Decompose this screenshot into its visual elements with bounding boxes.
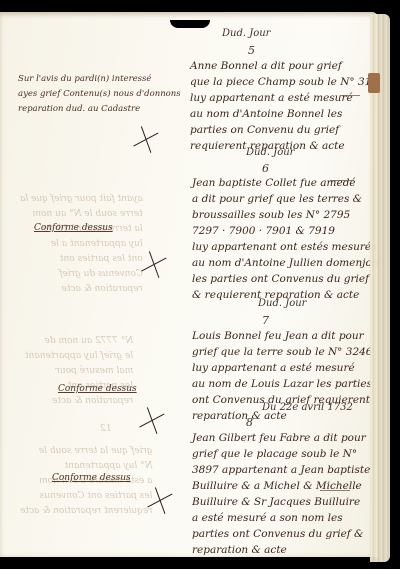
line-filler [330, 180, 354, 181]
margin-note-conforme: Conforme dessus [58, 384, 137, 394]
line-filler [340, 95, 360, 96]
line-filler [320, 490, 350, 491]
x-mark-icon [146, 488, 172, 514]
entry-heading: Dud. Jour [246, 147, 294, 158]
margin-note-conforme: Conforme dessus [34, 223, 113, 233]
page-edge-stack [370, 14, 390, 562]
x-mark-icon [132, 127, 158, 153]
entry-text: Jean baptiste Collet fue amedé a dit pou… [192, 175, 378, 303]
entry-heading: Du 22e avril 1732 [262, 402, 353, 413]
margin-note-decision: Sur l'avis du pardi(n) interessé ayes gr… [18, 72, 181, 117]
page-tear [170, 20, 210, 28]
entry-heading: Dud. Jour [222, 28, 270, 39]
bleed-through-text: ayant fait pour grief que la terre soub … [20, 192, 143, 297]
entry-number: 5 [248, 44, 255, 57]
x-mark-icon [138, 408, 164, 434]
entry-number: 6 [262, 162, 269, 175]
entry-heading: Dud. Jour [258, 298, 306, 309]
entry-number: 8 [246, 416, 253, 429]
edge-stain [368, 73, 380, 93]
bleed-through-text: N° 7772 au nom de le grief luy appartena… [25, 334, 133, 409]
manuscript-page: ayant fait pour grief que la terre soub … [0, 12, 378, 557]
margin-note-conforme: Conforme dessus [52, 473, 131, 483]
entry-text: Anne Bonnel a dit pour grief que la piec… [190, 58, 378, 154]
bleed-through-number: 12 [100, 422, 111, 437]
x-mark-icon [140, 252, 166, 278]
entry-text: Jean Gilbert feu Fabre a dit pour grief … [192, 430, 370, 557]
entry-number: 7 [262, 314, 269, 327]
